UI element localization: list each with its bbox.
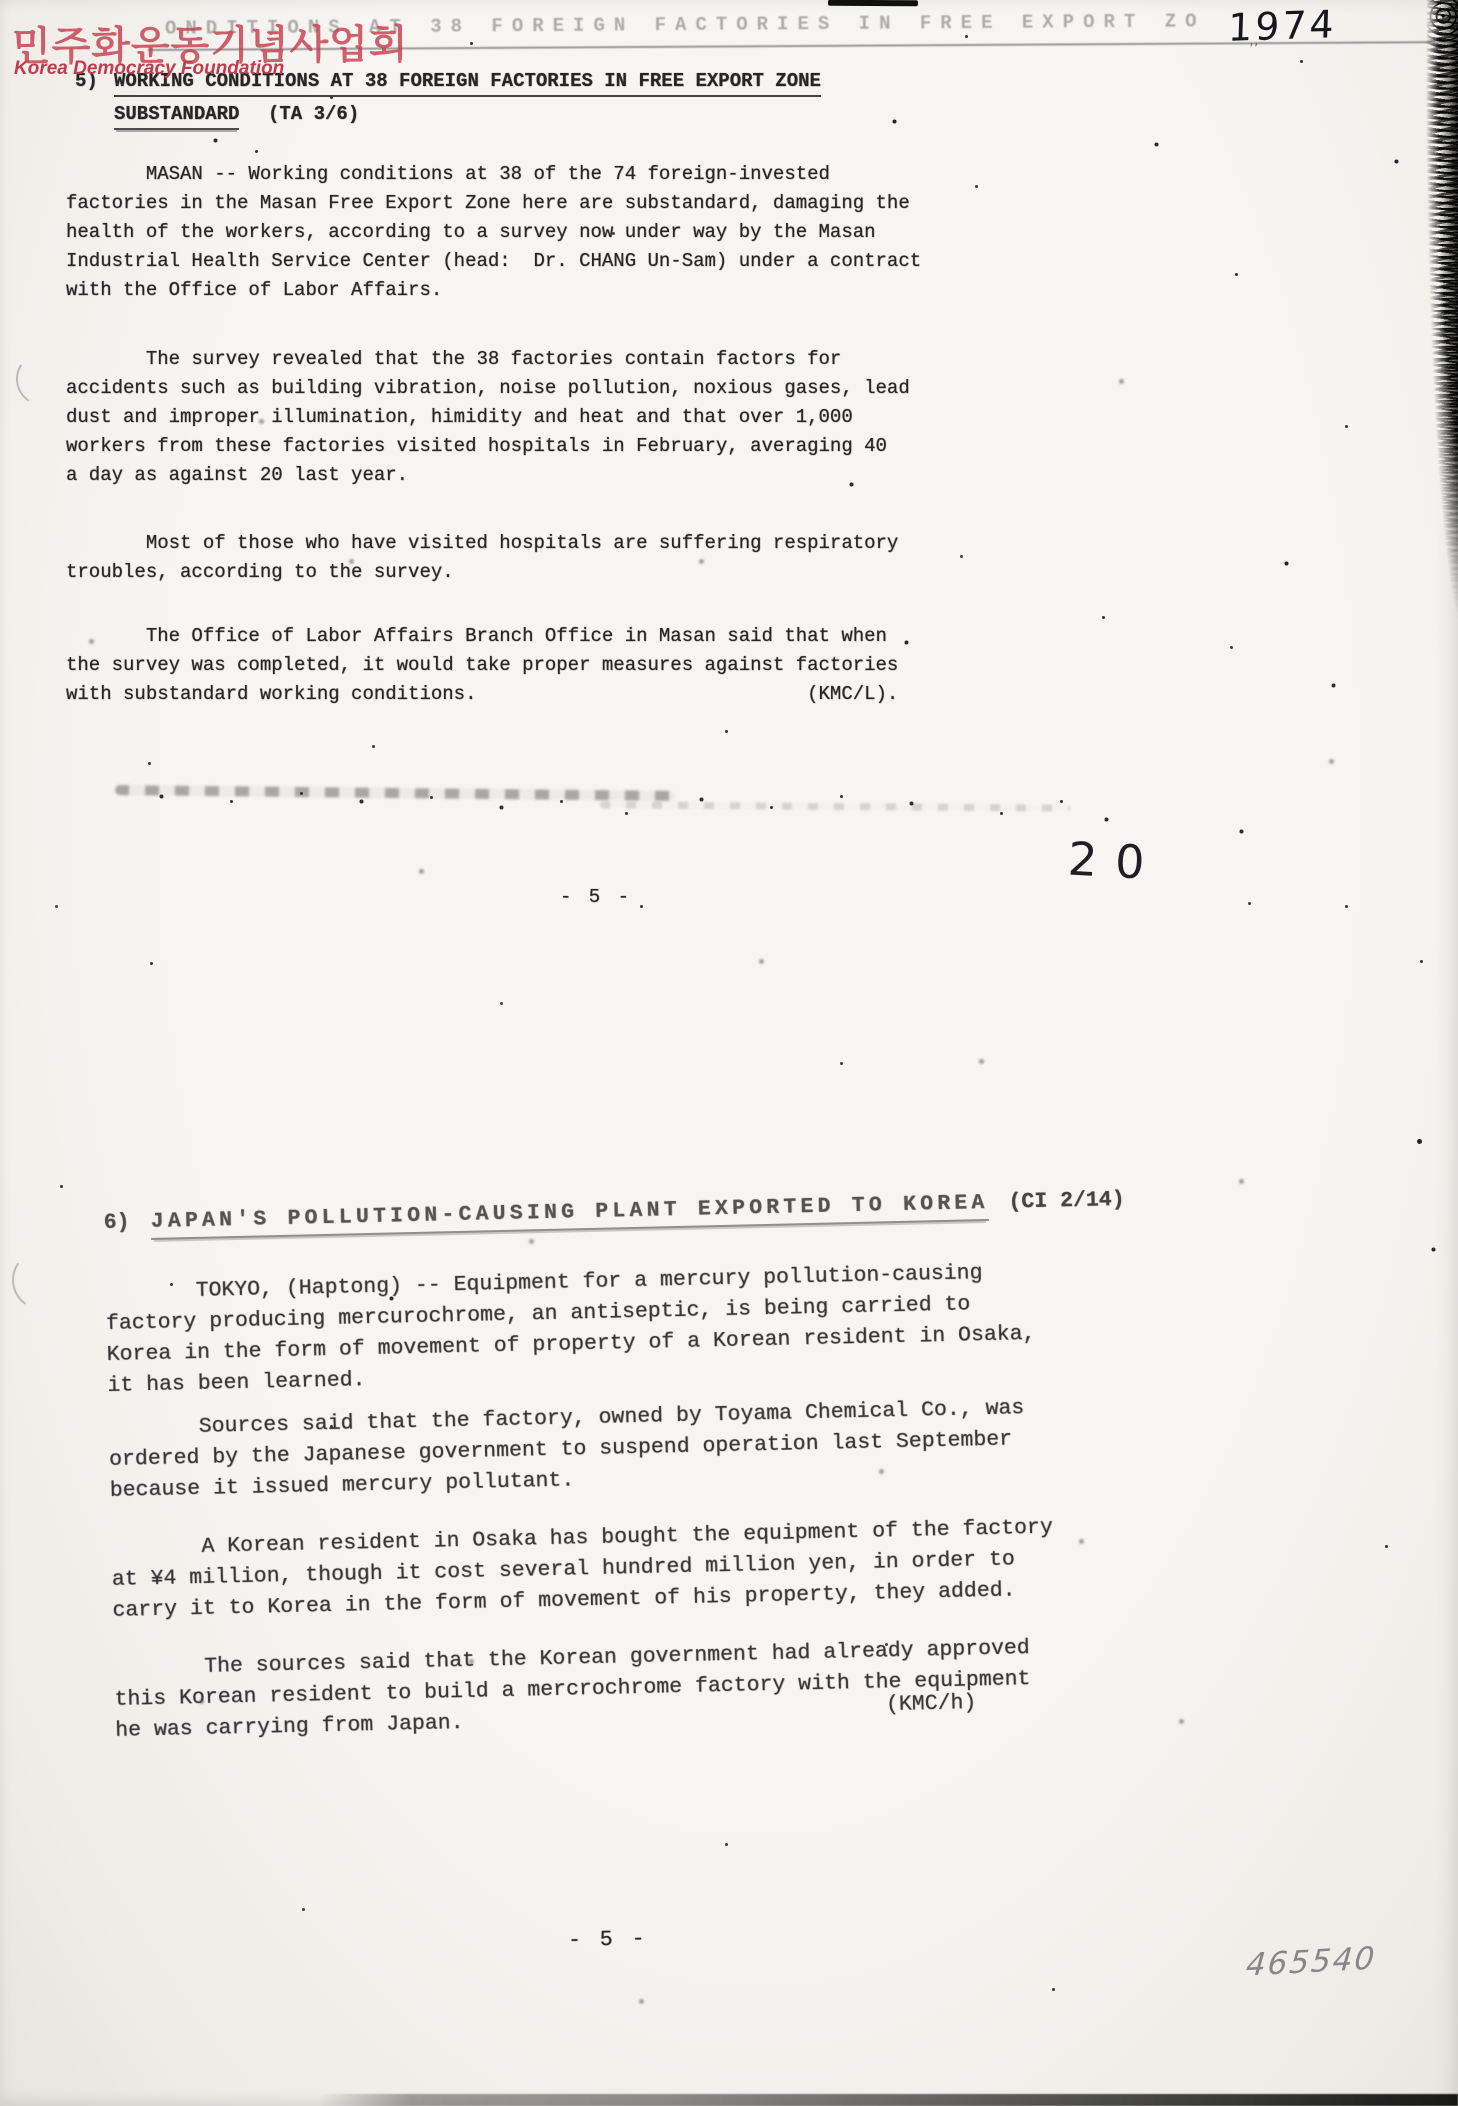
watermark-english: Korea Democracy Foundation (14, 58, 284, 80)
scan-top-edge-mark (828, 0, 918, 6)
ink-smudge-streak (115, 785, 675, 801)
scanned-document-page: ONDITIONS AT 38 FOREIGN FACTORIES IN FRE… (0, 0, 1458, 2106)
section6-paragraph-4: The sources said that the Korean governm… (114, 1630, 1156, 1747)
section6-container: 6) JAPAN'S POLLUTION-CAUSING PLANT EXPOR… (0, 1158, 1458, 2051)
section5-paragraph-2: The survey revealed that the 38 factorie… (66, 345, 986, 490)
section6-number: 6) (103, 1210, 129, 1235)
section6-source-reference: (CI 2/14) (1008, 1188, 1125, 1215)
scan-bottom-edge-strip (320, 2094, 1458, 2106)
handwritten-note-20: 20 (1067, 832, 1164, 891)
page-number-bottom: - 5 - (568, 1927, 648, 1953)
section6-title: JAPAN'S POLLUTION-CAUSING PLANT EXPORTED… (150, 1191, 988, 1240)
handwritten-year: 1974 (1227, 2, 1337, 50)
section5-paragraph-4: The Office of Labor Affairs Branch Offic… (66, 622, 986, 709)
section6-paragraph-1: TOKYO, (Haptong) -- Equipment for a merc… (105, 1254, 1148, 1402)
section5-paragraph-1: MASAN -- Working conditions at 38 of the… (66, 160, 986, 305)
section6-paragraph-2: Sources said that the factory, owned by … (108, 1390, 1150, 1507)
section6-credit: (KMC/h) (886, 1691, 977, 1717)
handwritten-year-tick-marks: ’’ (1249, 40, 1259, 58)
section5-source-reference: (TA 3/6) (268, 103, 359, 125)
paper-blemishes (0, 0, 3, 3)
scan-edge-artifact-band (1416, 0, 1458, 800)
section5-paragraph-3: Most of those who have visited hospitals… (66, 529, 986, 587)
section6-paragraph-3: A Korean resident in Osaka has bought th… (111, 1510, 1153, 1627)
section5-title-line2: SUBSTANDARD (114, 103, 239, 130)
page-number-top: - 5 - (560, 886, 632, 908)
ink-smudge-streak-2 (600, 801, 1070, 811)
